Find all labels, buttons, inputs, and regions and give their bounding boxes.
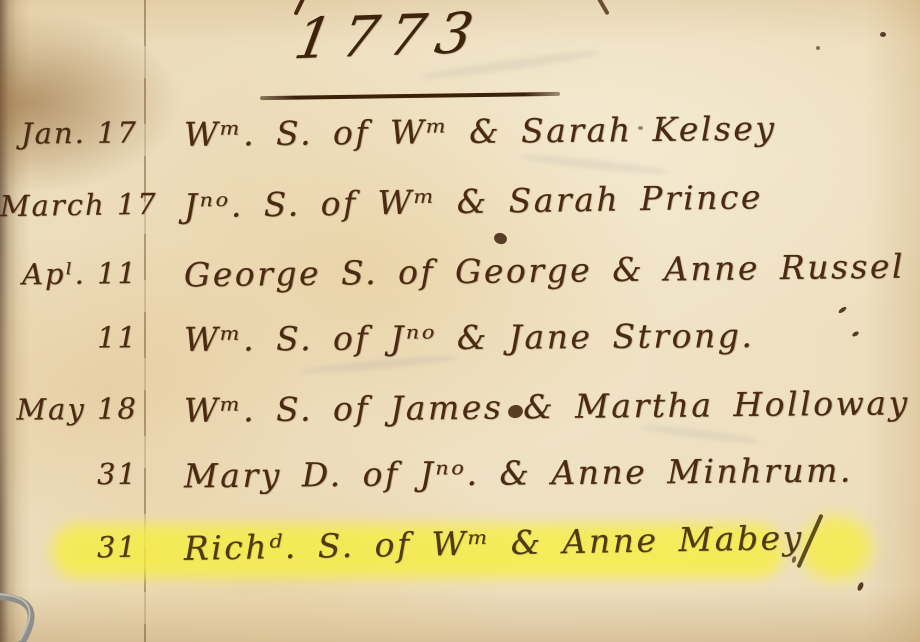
record-date: Apˡ. 11 [0, 256, 138, 292]
record-row: 31 Mary D. of Jⁿᵒ. & Anne Minhrum. [0, 450, 920, 520]
record-row: May 18 Wᵐ. S. of James & Martha Holloway [0, 383, 920, 455]
register-page-scan: 1773 Jan. 17 Wᵐ. S. of Wᵐ & Sarah Kelsey… [0, 0, 920, 642]
record-entry: Wᵐ. S. of James & Martha Holloway [184, 383, 910, 430]
record-date: May 18 [0, 391, 138, 426]
record-entry: Wᵐ. S. of Wᵐ & Sarah Kelsey [184, 109, 777, 154]
year-underline [260, 92, 560, 100]
cropped-pen-stroke [594, 0, 609, 15]
page-year-heading: 1773 [290, 1, 489, 72]
record-date: 31 [0, 530, 138, 566]
record-date: Jan. 17 [0, 115, 138, 150]
record-entry: Jⁿᵒ. S. of Wᵐ & Sarah Prince [184, 177, 764, 225]
record-entry: George S. of George & Anne Russel [184, 247, 906, 295]
record-entry: Wᵐ. S. of Jⁿᵒ & Jane Strong. [184, 316, 755, 359]
record-row: March 17 Jⁿᵒ. S. of Wᵐ & Sarah Prince [0, 175, 920, 251]
ink-speck [638, 126, 643, 130]
record-date: 11 [0, 320, 138, 355]
record-row: Apˡ. 11 George S. of George & Anne Russe… [0, 246, 920, 319]
record-entry: Mary D. of Jⁿᵒ. & Anne Minhrum. [184, 451, 853, 496]
ink-speck [880, 32, 886, 37]
record-date: 31 [0, 457, 138, 492]
ink-speck [856, 581, 864, 591]
record-row: 11 Wᵐ. S. of Jⁿᵒ & Jane Strong. [0, 315, 920, 383]
record-row: Jan. 17 Wᵐ. S. of Wᵐ & Sarah Kelsey [0, 107, 920, 179]
ink-speck [816, 46, 820, 50]
binding-wire [0, 588, 116, 642]
record-date: March 17 [0, 187, 138, 223]
